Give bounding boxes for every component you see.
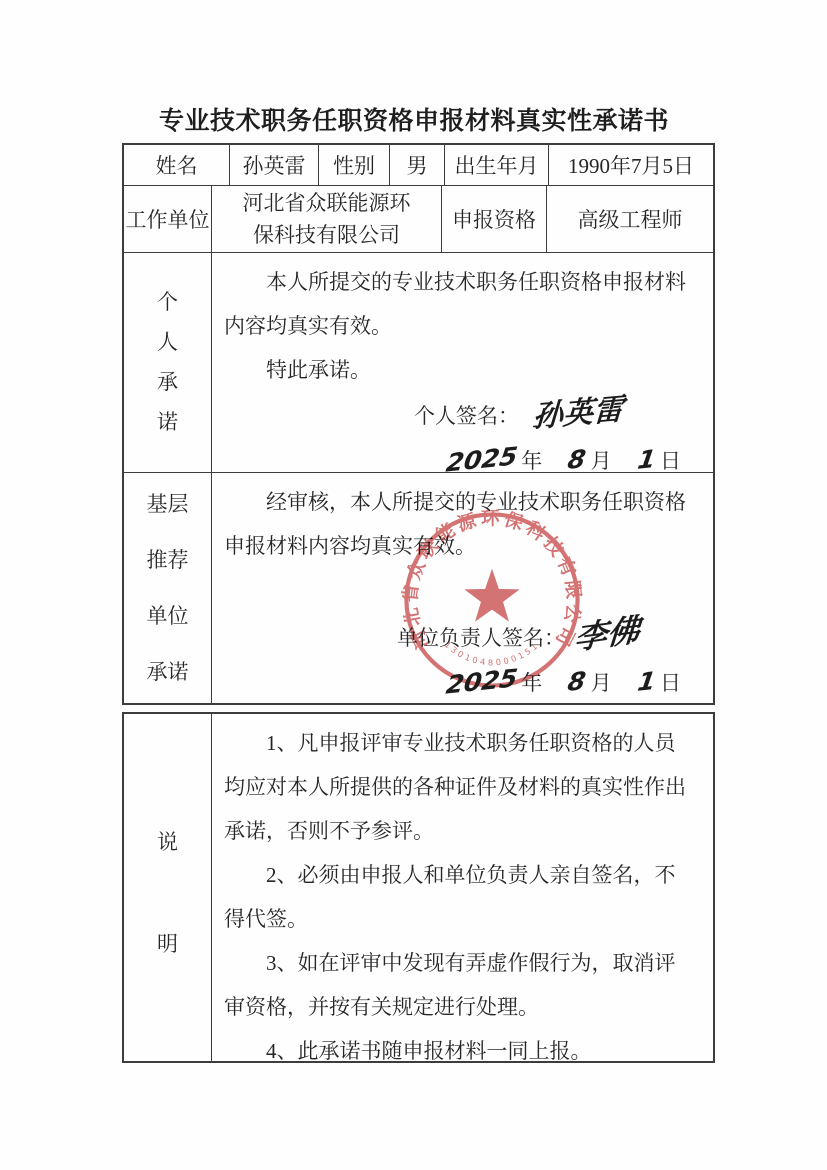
label-char: 承 — [157, 372, 178, 393]
month-char: 月 — [591, 449, 612, 473]
notes-table: 说 明 1、凡申报评审专业技术职务任职资格的人员均应对本人所提供的各种证件及材料… — [122, 712, 715, 1063]
month-char: 月 — [591, 671, 612, 695]
gender-label: 性别 — [318, 145, 389, 185]
page-title: 专业技术职务任职资格申报材料真实性承诺书 — [114, 101, 714, 137]
unit-statement: 经审核，本人所提交的专业技术职务任职资格申报材料内容均真实有效。 — [224, 480, 695, 568]
label-char: 人 — [157, 332, 178, 353]
notes-content: 1、凡申报评审专业技术职务任职资格的人员均应对本人所提供的各种证件及材料的真实性… — [211, 714, 713, 1061]
work-unit-label: 工作单位 — [124, 186, 211, 252]
year-char: 年 — [521, 671, 542, 695]
label-line: 基层 — [147, 494, 189, 515]
gender-value: 男 — [389, 145, 444, 185]
label-char: 个 — [157, 292, 178, 313]
unit-date-line: 2025年8月1日 — [224, 660, 695, 705]
note-item-4: 4、此承诺书随申报材料一同上报。 — [224, 1029, 695, 1073]
birth-date-value: 1990年7月5日 — [548, 145, 713, 185]
personal-signature-label: 个人签名： — [414, 404, 519, 428]
handwritten-month: 8 — [565, 437, 589, 483]
form-table: 姓名 孙英雷 性别 男 出生年月 1990年7月5日 工作单位 河北省众联能源环… — [122, 143, 715, 705]
qualification-label: 申报资格 — [441, 186, 546, 252]
notes-label: 说 明 — [124, 714, 211, 1061]
personal-signature-handwriting: 孙英雷 — [531, 388, 624, 440]
table-row-personal-commitment: 个 人 承 诺 本人所提交的专业技术职务任职资格申报材料内容均真实有效。 特此承… — [124, 252, 713, 472]
label-char: 诺 — [157, 412, 178, 433]
note-item-2: 2、必须由申报人和单位负责人亲自签名，不得代签。 — [224, 853, 695, 941]
label-line: 承诺 — [147, 662, 189, 683]
note-item-1: 1、凡申报评审专业技术职务任职资格的人员均应对本人所提供的各种证件及材料的真实性… — [224, 721, 695, 853]
table-row-work-unit: 工作单位 河北省众联能源环保科技有限公司 申报资格 高级工程师 — [124, 185, 713, 252]
unit-signature-line: 单位负责人签名：李佛 — [224, 612, 695, 660]
day-char: 日 — [660, 671, 681, 695]
personal-date-line: 2025年8月1日 — [224, 438, 695, 483]
name-label: 姓名 — [124, 145, 229, 185]
table-row-notes: 说 明 1、凡申报评审专业技术职务任职资格的人员均应对本人所提供的各种证件及材料… — [124, 714, 713, 1061]
unit-commitment-label: 基层 推荐 单位 承诺 — [124, 473, 211, 703]
year-char: 年 — [521, 449, 542, 473]
day-char: 日 — [660, 449, 681, 473]
handwritten-month: 8 — [565, 659, 589, 705]
work-unit-value: 河北省众联能源环保科技有限公司 — [211, 186, 441, 252]
label-line: 单位 — [147, 606, 189, 627]
unit-signature-handwriting: 李佛 — [573, 608, 641, 660]
label-char: 明 — [157, 928, 178, 958]
personal-signature-line: 个人签名：孙英雷 — [224, 392, 695, 438]
label-line: 推荐 — [147, 550, 189, 571]
personal-statement-close: 特此承诺。 — [224, 348, 695, 392]
personal-commitment-label: 个 人 承 诺 — [124, 253, 211, 472]
unit-signature-label: 单位负责人签名： — [397, 626, 565, 650]
handwritten-year: 2025 — [443, 656, 520, 707]
unit-commitment-content: 经审核，本人所提交的专业技术职务任职资格申报材料内容均真实有效。 单位负责人签名… — [211, 473, 713, 703]
personal-statement: 本人所提交的专业技术职务任职资格申报材料内容均真实有效。 — [224, 260, 695, 348]
name-value: 孙英雷 — [229, 145, 318, 185]
birth-date-label: 出生年月 — [444, 145, 548, 185]
company-name: 河北省众联能源环保科技有限公司 — [236, 187, 418, 251]
note-item-3: 3、如在评审中发现有弄虚作假行为，取消评审资格，并按有关规定进行处理。 — [224, 941, 695, 1029]
table-row-unit-commitment: 基层 推荐 单位 承诺 经审核，本人所提交的专业技术职务任职资格申报材料内容均真… — [124, 472, 713, 703]
handwritten-year: 2025 — [443, 434, 520, 485]
label-char: 说 — [157, 826, 178, 856]
table-row-identity: 姓名 孙英雷 性别 男 出生年月 1990年7月5日 — [124, 145, 713, 185]
handwritten-day: 1 — [634, 659, 658, 705]
handwritten-day: 1 — [634, 437, 658, 483]
personal-commitment-content: 本人所提交的专业技术职务任职资格申报材料内容均真实有效。 特此承诺。 个人签名：… — [211, 253, 713, 472]
qualification-value: 高级工程师 — [546, 186, 713, 252]
document-page: 专业技术职务任职资格申报材料真实性承诺书 姓名 孙英雷 性别 男 出生年月 19… — [0, 0, 827, 1170]
